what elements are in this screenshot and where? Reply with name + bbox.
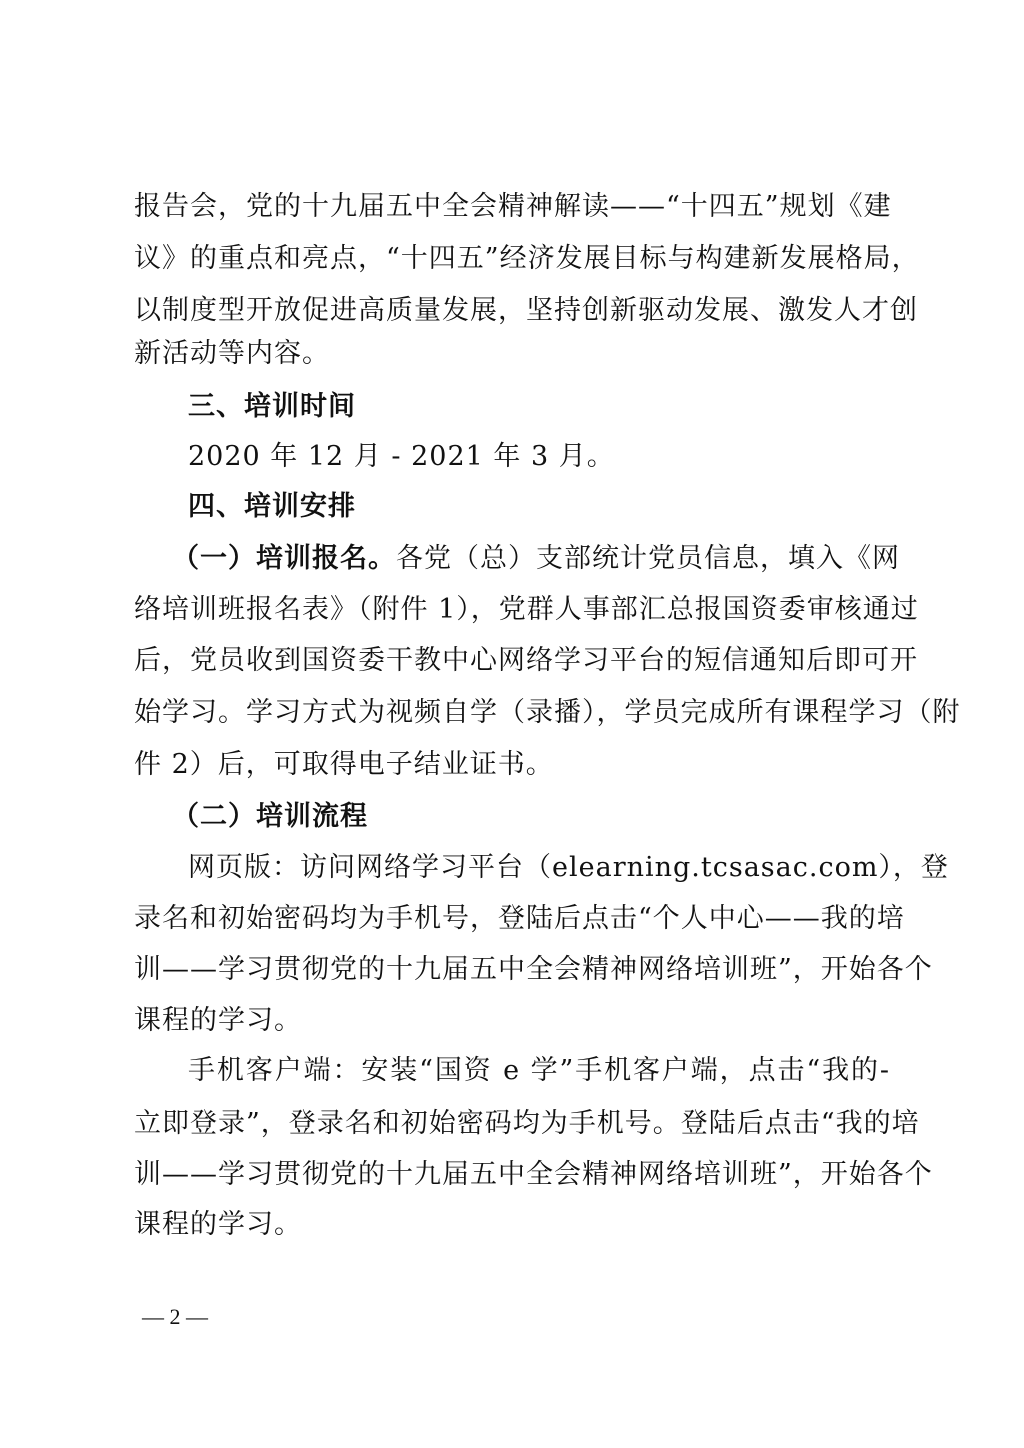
subsection-heading-training-process: （二）培训流程: [172, 797, 928, 837]
paragraph-line: 录名和初始密码均为手机号，登陆后点击“个人中心——我的培: [134, 899, 890, 939]
paragraph-line: 手机客户端：安装“国资 e 学”手机客户端，点击“我的-: [188, 1051, 890, 1091]
section-heading-training-time: 三、培训时间: [188, 387, 890, 427]
paragraph-line: 新活动等内容。: [134, 334, 890, 374]
paragraph-line: 以制度型开放促进高质量发展，坚持创新驱动发展、激发人才创: [134, 291, 890, 331]
paragraph-line: 络培训班报名表》（附件 1），党群人事部汇总报国资委审核通过: [134, 590, 890, 630]
section-heading-training-arrangement: 四、培训安排: [188, 487, 890, 527]
paragraph-line: 始学习。学习方式为视频自学（录播），学员完成所有课程学习（附: [134, 693, 890, 733]
registration-text: 各党（总）支部统计党员信息，填入《网: [396, 543, 900, 574]
paragraph-line: 立即登录”，登录名和初始密码均为手机号。登陆后点击“我的培: [134, 1104, 890, 1144]
subsection-registration: （一）培训报名。各党（总）支部统计党员信息，填入《网: [172, 539, 890, 579]
paragraph-line: 训——学习贯彻党的十九届五中全会精神网络培训班”，开始各个: [134, 1155, 890, 1195]
paragraph-line: 件 2）后，可取得电子结业证书。: [134, 745, 890, 785]
paragraph-line: 网页版：访问网络学习平台（elearning.tcsasac.com），登: [188, 848, 890, 888]
paragraph-line: 后，党员收到国资委干教中心网络学习平台的短信通知后即可开: [134, 641, 890, 681]
document-page: 报告会，党的十九届五中全会精神解读——“十四五”规划《建 议》的重点和亮点，“十…: [0, 0, 1024, 1448]
paragraph-line: 议》的重点和亮点，“十四五”经济发展目标与构建新发展格局，: [134, 239, 890, 279]
training-time-value: 2020 年 12 月 - 2021 年 3 月。: [188, 437, 890, 477]
paragraph-line: 训——学习贯彻党的十九届五中全会精神网络培训班”，开始各个: [134, 950, 890, 990]
subsection-registration-lead: （一）培训报名。: [172, 543, 396, 574]
paragraph-line: 课程的学习。: [134, 1205, 890, 1245]
paragraph-line: 报告会，党的十九届五中全会精神解读——“十四五”规划《建: [134, 187, 890, 227]
paragraph-line: 课程的学习。: [134, 1001, 890, 1041]
page-number: — 2 —: [142, 1304, 208, 1330]
